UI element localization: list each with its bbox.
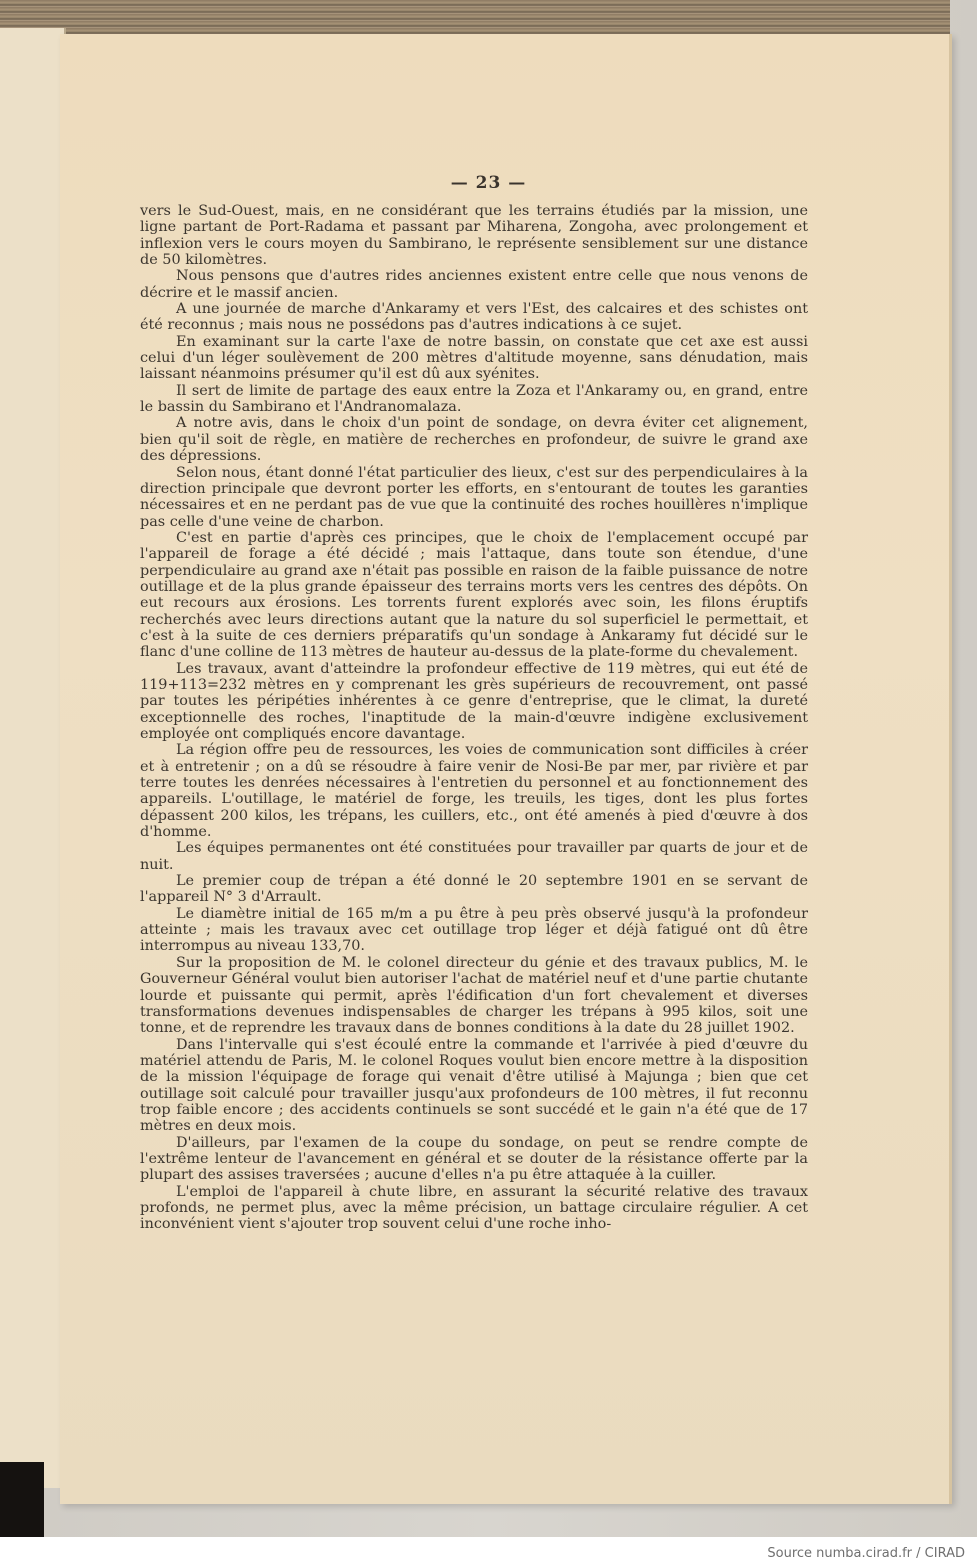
paragraph: Le diamètre initial de 165 m/m a pu être… [140, 906, 808, 955]
paragraph: Les équipes permanentes ont été constitu… [140, 840, 808, 873]
paragraph: C'est en partie d'après ces principes, q… [140, 530, 808, 661]
source-credit: Source numba.cirad.fr / CIRAD [767, 1546, 965, 1561]
paragraph: L'emploi de l'appareil à chute libre, en… [140, 1184, 808, 1233]
paragraph: D'ailleurs, par l'examen de la coupe du … [140, 1135, 808, 1184]
body-text: vers le Sud-Ouest, mais, en ne considéra… [140, 203, 808, 1233]
paragraph: A notre avis, dans le choix d'un point d… [140, 415, 808, 464]
paragraph: Nous pensons que d'autres rides ancienne… [140, 268, 808, 301]
paragraph: Dans l'intervalle qui s'est écoulé entre… [140, 1037, 808, 1135]
paragraph: Selon nous, étant donné l'état particuli… [140, 465, 808, 530]
paragraph: Il sert de limite de partage des eaux en… [140, 383, 808, 416]
paragraph: Le premier coup de trépan a été donné le… [140, 873, 808, 906]
paragraph: Les travaux, avant d'atteindre la profon… [140, 661, 808, 743]
paragraph: En examinant sur la carte l'axe de notre… [140, 334, 808, 383]
page-number: — 23 — [0, 173, 977, 193]
left-facing-page [0, 28, 66, 1488]
paragraph: A une journée de marche d'Ankaramy et ve… [140, 301, 808, 334]
binding-shadow [0, 1462, 44, 1537]
paragraph: Sur la proposition de M. le colonel dire… [140, 955, 808, 1037]
paragraph: La région offre peu de ressources, les v… [140, 742, 808, 840]
paragraph: vers le Sud-Ouest, mais, en ne considéra… [140, 203, 808, 268]
